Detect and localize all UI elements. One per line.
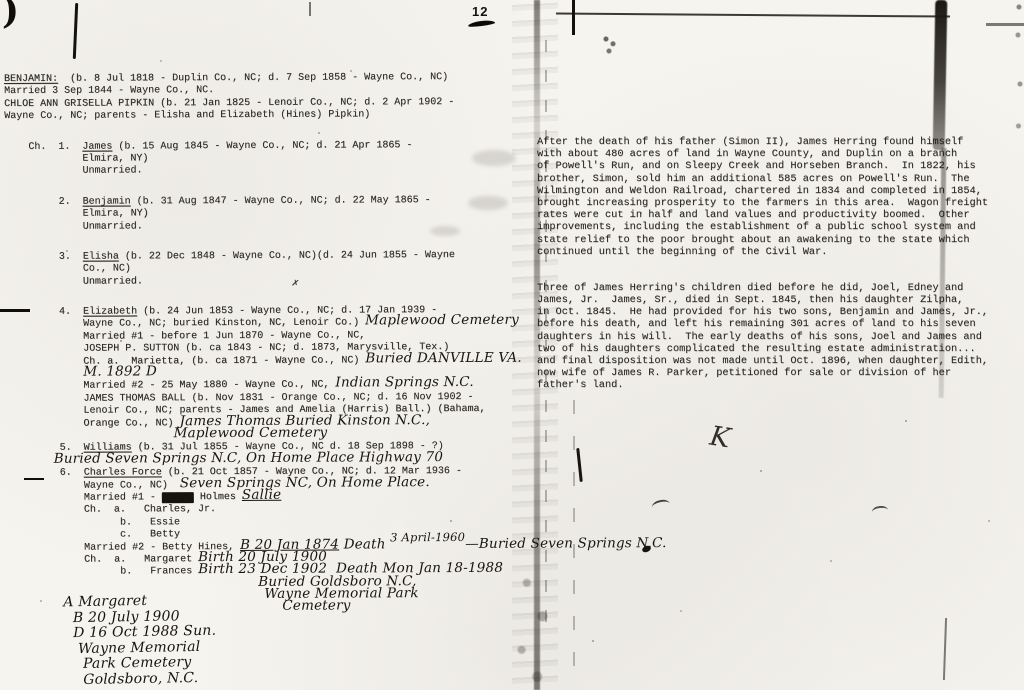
pen-stroke-mark — [73, 3, 78, 59]
typed-underlined-name: Elisha — [83, 251, 119, 262]
line-gap — [5, 287, 537, 307]
paragraph-line: of Powell's Run, and on Sleepy Creek and… — [537, 160, 1019, 172]
corner-bracket-mark: ) — [2, 0, 19, 32]
typed-underlined-name: Charles Force — [84, 467, 162, 478]
typed-text: Ch. a. Charles, Jr. — [6, 504, 216, 516]
typed-underlined-name: BENJAMIN: — [4, 74, 58, 85]
typed-text: Ch. 1. — [4, 141, 82, 152]
typed-text: Elmira, NY) — [4, 153, 148, 165]
typed-text: 2. — [5, 196, 83, 207]
typed-text: b. Essie — [6, 517, 180, 529]
line-gap — [4, 121, 536, 141]
typed-text: b. Frances — [6, 566, 198, 578]
handwritten-annotation: Buried Seven Springs N.C, On Home Place … — [54, 449, 444, 467]
ruled-pen-line — [556, 12, 950, 17]
handwritten-annotation: Death — [339, 536, 390, 552]
paragraph-line: and final disposition was not made until… — [537, 355, 1019, 367]
typed-text: (b. 15 Aug 1845 - Wayne Co., NC; d. 21 A… — [112, 140, 412, 152]
paragraph-line: now wife of James R. Parker, petitioned … — [537, 367, 1019, 379]
typed-text — [6, 430, 174, 442]
narrative-text-column: After the death of his father (Simon II)… — [537, 136, 1019, 392]
typed-text: Co., NC) — [5, 264, 131, 276]
typed-text: Ch. a. Margaret — [6, 554, 198, 566]
typed-text: CHLOE ANN GRISELLA PIPKIN (b. 21 Jan 182… — [4, 97, 454, 110]
typed-text: Elmira, NY) — [5, 208, 149, 220]
stray-ink-mark — [871, 505, 888, 517]
typed-text: Holmes — [194, 492, 242, 503]
paragraph-line: James, Jr. James, Sr., died in Sept. 184… — [537, 294, 1019, 306]
paragraph-line: Three of James Herring's children died b… — [537, 282, 1019, 294]
handwritten-line: Goldsboro, N.C. — [65, 670, 218, 688]
margin-dash-item4 — [0, 309, 30, 312]
paragraph-line: After the death of his father (Simon II)… — [537, 136, 1019, 148]
paragraph-line: father's land. — [537, 379, 1019, 391]
handwritten-annotation: Maplewood Cemetery — [174, 425, 328, 442]
scanned-genealogy-page: ) 12 BENJAMIN: (b. 8 Jul 1818 - Duplin C… — [0, 0, 1024, 690]
line-gap — [4, 176, 536, 196]
handwritten-annotation: Cemetery — [282, 598, 350, 614]
handwritten-annotation: Maplewood Cemetery — [365, 312, 519, 329]
typed-text: Wayne Co., NC; buried Kinston, NC, Lenoi… — [5, 318, 365, 331]
handwritten-annotation: M. 1892 D — [83, 363, 157, 379]
typed-text: (b. 22 Dec 1848 - Wayne Co., NC)(d. 24 J… — [119, 250, 455, 262]
handwritten-annotation: —Buried Seven Springs N.C. — [465, 535, 667, 552]
typed-text — [6, 456, 54, 467]
genealogy-text-column: BENJAMIN: (b. 8 Jul 1818 - Duplin Co., N… — [4, 72, 538, 617]
typed-underlined-name: Elizabeth — [83, 306, 137, 317]
handwritten-annotation: Buried DANVILLE VA. — [365, 349, 522, 366]
paragraph-line: rates were cut in half and land values a… — [537, 209, 1019, 221]
paragraph-line: continued until the beginning of the Civ… — [537, 246, 1019, 258]
typed-text: Wayne Co., NC) — [6, 480, 180, 492]
stray-ink-mark — [576, 448, 582, 482]
crease-edge-line — [573, 400, 575, 685]
typed-text: 3. — [5, 252, 83, 263]
margin-dash-item6 — [24, 478, 44, 480]
typed-text: Married 3 Sep 1844 - Wayne Co., NC. — [4, 85, 214, 97]
paragraph-line: brother, Simon, sold him an additional 5… — [537, 173, 1019, 185]
page-number: 12 — [472, 4, 488, 19]
stray-ink-mark — [943, 618, 947, 680]
line-gap — [5, 232, 537, 252]
handwritten-annotation: Seven Springs NC, On Home Place. — [180, 474, 430, 491]
paragraph-line: improvements, including the establishmen… — [537, 221, 1019, 233]
page-number-underline — [468, 19, 495, 27]
page-edge-specks — [1014, 0, 1024, 140]
typed-text: Wayne Co., NC; parents - Elisha and Eliz… — [4, 110, 370, 123]
ink-streak — [933, 0, 948, 150]
handwritten-annotation: Sallie — [242, 487, 282, 503]
typed-text: (b. 31 Aug 1847 - Wayne Co., NC; d. 22 M… — [131, 195, 431, 207]
stray-ink-mark — [600, 33, 620, 57]
handwritten-margaret-note: A Margaret B 20 July 1900 D 16 Oct 1988 … — [63, 593, 217, 689]
paragraph-line: Wilmington and Weldon Railroad, chartere… — [537, 185, 1019, 197]
paragraph-gap — [537, 258, 1019, 282]
typed-text: Unmarried. — [4, 166, 142, 178]
typed-text: Married #2 - 25 May 1880 - Wayne Co., NC… — [5, 380, 335, 392]
crease-ink-blotch — [506, 556, 558, 690]
typed-underlined-name: Benjamin — [83, 196, 131, 207]
typed-text — [5, 369, 83, 380]
typed-text — [6, 579, 258, 591]
paragraph-line: state relief to the poor brought about a… — [537, 234, 1019, 246]
typed-text: Unmarried. — [5, 276, 143, 288]
paragraph-line: two of his daughters complicated the res… — [537, 343, 1019, 355]
pen-stroke-mark — [309, 2, 311, 16]
typed-underlined-name: James — [82, 141, 112, 152]
stray-ink-mark — [651, 498, 671, 513]
typed-text: Married #1 - before 1 Jun 1870 - Wayne C… — [5, 330, 365, 343]
typed-text: c. Betty — [6, 529, 180, 541]
text-line: Wayne Co., NC; buried Kinston, NC, Lenoi… — [5, 317, 537, 332]
stray-ink-mark: K — [708, 421, 733, 455]
pen-tick-mark — [572, 0, 575, 35]
paragraph-line: daughters in his will. The early deaths … — [537, 331, 1019, 343]
typed-text: Orange Co., NC) — [6, 418, 180, 430]
paragraph-line: before his death, and left his remaining… — [537, 318, 1019, 330]
handwritten-annotation: 3 April-1960 — [390, 529, 465, 543]
typed-text: Married #1 - — [6, 492, 162, 504]
handwritten-annotation: Indian Springs N.C. — [335, 374, 473, 391]
paragraph-line: brought increasing prosperity to the far… — [537, 197, 1019, 209]
paragraph-line: with about 480 acres of land in Wayne Co… — [537, 148, 1019, 160]
typed-text: Unmarried. — [5, 221, 143, 233]
typed-text: 6. — [6, 468, 84, 479]
typed-text: (b. 8 Jul 1818 - Duplin Co., NC; d. 7 Se… — [58, 72, 448, 85]
paragraph-line: in Oct. 1845. He had provided for his tw… — [537, 306, 1019, 318]
typed-text: Ch. a. Marietta, (b. ca 1871 - Wayne Co.… — [5, 355, 365, 368]
redacted-text: Betty — [162, 492, 194, 503]
crease-speckle-line — [545, 40, 547, 640]
typed-text: JAMES THOMAS BALL (b. Nov 1831 - Orange … — [5, 392, 473, 405]
